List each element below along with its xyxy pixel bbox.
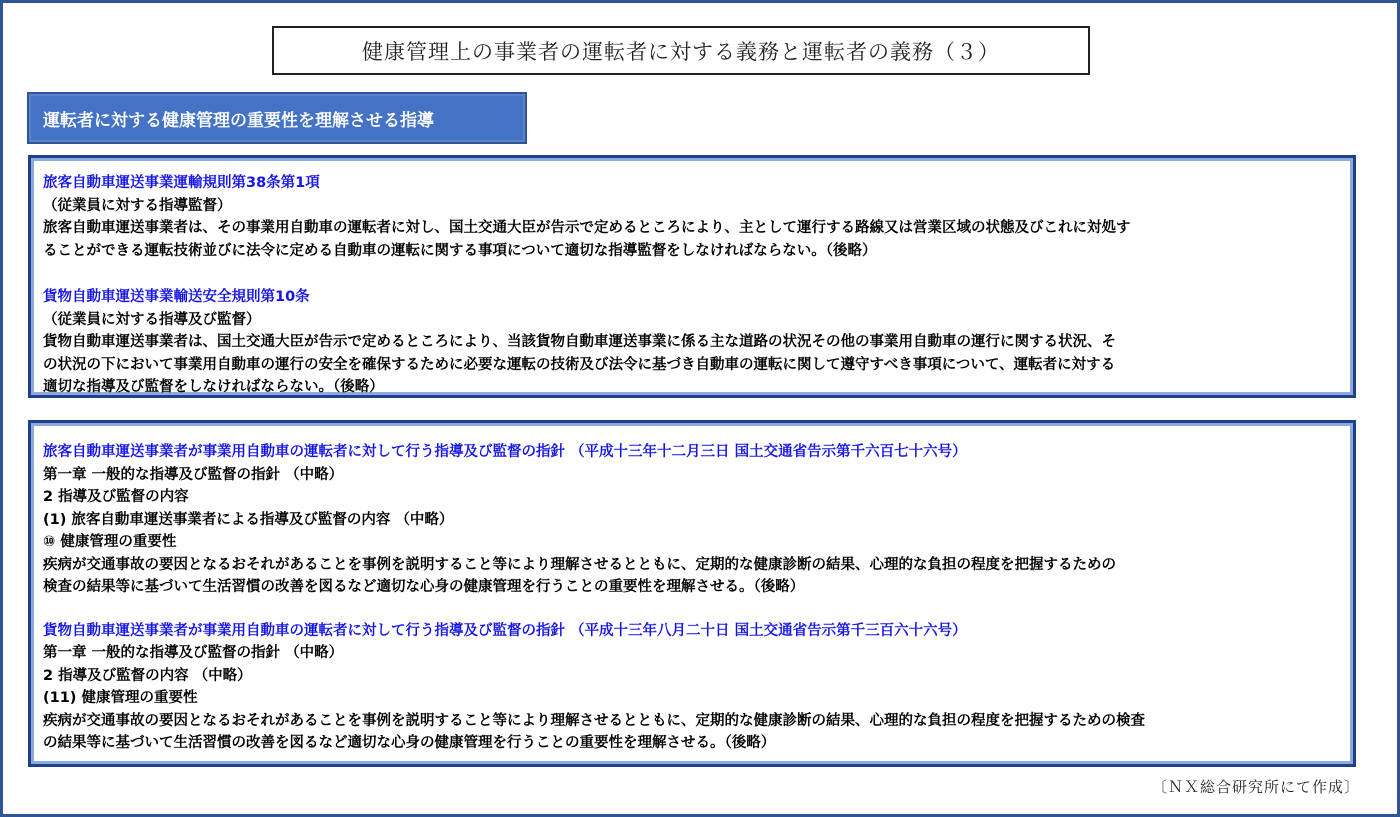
guideline-line: (11) 健康管理の重要性 [43, 687, 1341, 710]
regulation-subtitle: （従業員に対する指導監督） [43, 195, 1341, 218]
guideline-line: 疾病が交通事故の要因となるおそれがあることを事例を説明すること等により理解させる… [43, 554, 1341, 577]
page-title: 健康管理上の事業者の運転者に対する義務と運転者の義務（３） [272, 26, 1090, 75]
guideline-line: ⑩ 健康管理の重要性 [43, 531, 1341, 554]
guideline-heading: 貨物自動車運送事業者が事業用自動車の運転者に対して行う指導及び監督の指針 （平成… [43, 620, 1341, 643]
guideline-line: の結果等に基づいて生活習慣の改善を図るなど適切な心身の健康管理を行うことの重要性… [43, 732, 1341, 755]
guidelines-box: 旅客自動車運送事業者が事業用自動車の運転者に対して行う指導及び監督の指針 （平成… [28, 420, 1356, 767]
guideline-line: 第一章 一般的な指導及び監督の指針 （中略） [43, 464, 1341, 487]
source-credit: 〔ＮＸ総合研究所にて作成〕 [1152, 776, 1360, 797]
regulations-box: 旅客自動車運送事業運輸規則第38条第1項 （従業員に対する指導監督） 旅客自動車… [28, 155, 1356, 398]
regulation-freight: 貨物自動車運送事業輸送安全規則第10条 （従業員に対する指導及び監督） 貨物自動… [43, 286, 1341, 399]
regulation-subtitle: （従業員に対する指導及び監督） [43, 309, 1341, 332]
guideline-line: 疾病が交通事故の要因となるおそれがあることを事例を説明すること等により理解させる… [43, 710, 1341, 733]
guideline-line: 2 指導及び監督の内容 （中略） [43, 665, 1341, 688]
guideline-line: 検査の結果等に基づいて生活習慣の改善を図るなど適切な心身の健康管理を行うことの重… [43, 576, 1341, 599]
regulation-text-line: の状況の下において事業用自動車の運行の安全を確保するために必要な運転の技術及び法… [43, 354, 1341, 377]
guideline-line: 第一章 一般的な指導及び監督の指針 （中略） [43, 642, 1341, 665]
regulation-heading: 旅客自動車運送事業運輸規則第38条第1項 [43, 172, 1341, 195]
regulation-heading: 貨物自動車運送事業輸送安全規則第10条 [43, 286, 1341, 309]
regulation-text-line: ることができる運転技術並びに法令に定める自動車の運転に関する事項について適切な指… [43, 240, 1341, 263]
guideline-line: (1) 旅客自動車運送事業者による指導及び監督の内容 （中略） [43, 509, 1341, 532]
regulation-text-line: 適切な指導及び監督をしなければならない。（後略） [43, 376, 1341, 399]
guideline-passenger: 旅客自動車運送事業者が事業用自動車の運転者に対して行う指導及び監督の指針 （平成… [43, 441, 1341, 599]
guideline-line: 2 指導及び監督の内容 [43, 486, 1341, 509]
regulation-text-line: 貨物自動車運送事業者は、国土交通大臣が告示で定めるところにより、当該貨物自動車運… [43, 331, 1341, 354]
section-header: 運転者に対する健康管理の重要性を理解させる指導 [27, 92, 527, 144]
regulation-passenger: 旅客自動車運送事業運輸規則第38条第1項 （従業員に対する指導監督） 旅客自動車… [43, 172, 1341, 262]
guideline-freight: 貨物自動車運送事業者が事業用自動車の運転者に対して行う指導及び監督の指針 （平成… [43, 620, 1341, 755]
regulation-text-line: 旅客自動車運送事業者は、その事業用自動車の運転者に対し、国土交通大臣が告示で定め… [43, 217, 1341, 240]
guideline-heading: 旅客自動車運送事業者が事業用自動車の運転者に対して行う指導及び監督の指針 （平成… [43, 441, 1341, 464]
